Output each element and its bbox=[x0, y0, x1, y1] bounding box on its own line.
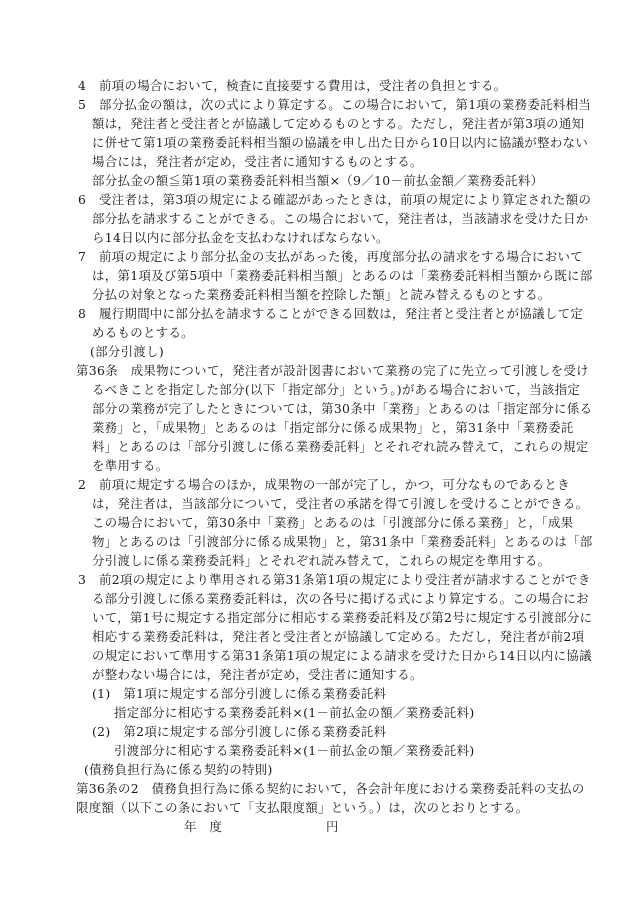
text-line: は，第1項及び第5項中「業務委託料相当額」とあるのは「業務委託料相当額から既に部 bbox=[92, 268, 593, 284]
text-line: 料」とあるのは「部分引渡しに係る業務委託料」とそれぞれ読み替えて，これらの規定 bbox=[92, 439, 589, 455]
text-line: 8 履行期間中に部分払を請求することができる回数は，発注者と受注者とが協議して定 bbox=[78, 306, 583, 322]
text-line: いて，第1号に規定する指定部分に相応する業務委託料及び第2号に規定する引渡部分に bbox=[92, 610, 592, 626]
text-line: 額は，発注者と受注者とが協議して定めるものとする。ただし，発注者が第3項の通知 bbox=[92, 116, 584, 132]
document-page: 4 前項の場合において，検査に直接要する費用は，受注者の負担とする。5 部分払金… bbox=[0, 0, 630, 903]
text-line: 3 前2項の規定により準用される第31条第1項の規定により受注者が請求することが… bbox=[78, 572, 591, 588]
text-line: の規定において準用する第31条第1項の規定による請求を受けた日から14日以内に協… bbox=[92, 648, 592, 664]
text-line: 場合には，発注者が定め，受注者に通知するものとする。 bbox=[92, 154, 423, 170]
text-line: を準用する。 bbox=[92, 458, 168, 474]
text-line: 分払の対象となった業務委託料相当額を控除した額」と読み替えるものとする。 bbox=[92, 287, 551, 303]
text-line: 6 受注者は，第3項の規定による確認があったときは，前項の規定により算定された額… bbox=[78, 192, 591, 208]
text-line: 分引渡しに係る業務委託料」とそれぞれ読み替えて，これらの規定を準用する。 bbox=[92, 553, 550, 569]
text-line: 限度額（以下この条において「支払限度額」という。）は，次のとおりとする。 bbox=[76, 800, 528, 816]
text-line: 円 bbox=[326, 819, 339, 835]
text-line: (債務負担行為に係る契約の特則) bbox=[84, 762, 273, 778]
text-line: に併せて第1項の業務委託料相当額の協議を申し出た日から10日以内に協議が整わない bbox=[92, 135, 588, 151]
text-line: めるものとする。 bbox=[92, 325, 194, 341]
text-line: (2) 第2項に規定する部分引渡しに係る業務委託料 bbox=[92, 724, 386, 740]
text-line: 年 度 bbox=[184, 819, 222, 835]
text-line: 引渡部分に相応する業務委託料×(1－前払金の額／業務委託料) bbox=[114, 743, 475, 759]
text-line: 指定部分に相応する業務委託料×(1－前払金の額／業務委託料) bbox=[114, 705, 475, 721]
text-line: 物」とあるのは「引渡部分に係る成果物」と，第31条中「業務委託料」とあるのは「部 bbox=[92, 534, 593, 550]
text-line: 相応する業務委託料は，発注者と受注者とが協議して定める。ただし，発注者が前2項 bbox=[92, 629, 584, 645]
text-line: 7 前項の規定により部分払金の支払があった後，再度部分払の請求をする場合において bbox=[78, 249, 583, 265]
text-line: 部分払を請求することができる。この場合において，発注者は，当該請求を受けた日か bbox=[92, 211, 589, 227]
text-line: 部分払金の額≦第1項の業務委託料相当額×（9／10－前払金額／業務委託料） bbox=[92, 173, 543, 189]
text-line: るべきことを指定した部分(以下「指定部分」という。)がある場合において，当該指定 bbox=[92, 382, 580, 398]
text-line: る部分引渡しに係る業務委託料は，次の各号に掲げる式により算定する。この場合にお bbox=[92, 591, 589, 607]
text-line: 第36条の2 債務負担行為に係る契約において，各会計年度における業務委託料の支払… bbox=[76, 781, 585, 797]
text-line: は，発注者は，当該部分について，受注者の承諾を得て引渡しを受けることができる。 bbox=[92, 496, 588, 512]
text-line: 4 前項の場合において，検査に直接要する費用は，受注者の負担とする。 bbox=[78, 78, 506, 94]
text-line: (1) 第1項に規定する部分引渡しに係る業務委託料 bbox=[92, 686, 386, 702]
text-line: この場合において，第30条中「業務」とあるのは「引渡部分に係る業務」と，「成果 bbox=[92, 515, 573, 531]
text-line: が整わない場合には，発注者が定め，受注者に通知する。 bbox=[92, 667, 423, 683]
text-line: (部分引渡し) bbox=[90, 344, 164, 360]
text-line: 2 前項に規定する場合のほか，成果物の一部が完了し，かつ，可分なものであるとき bbox=[78, 477, 570, 493]
text-line: 5 部分払金の額は，次の式により算定する。この場合において，第1項の業務委託料相… bbox=[78, 97, 591, 113]
text-line: 第36条 成果物について，発注者が設計図書において業務の完了に先立って引渡しを受… bbox=[76, 363, 589, 379]
text-line: ら14日以内に部分払金を支払わなければならない。 bbox=[92, 230, 389, 246]
text-line: 業務」と，「成果物」とあるのは「指定部分に係る成果物」と，第31条中「業務委託 bbox=[92, 420, 574, 436]
text-line: 部分の業務が完了したときについては，第30条中「業務」とあるのは「指定部分に係る bbox=[92, 401, 592, 417]
